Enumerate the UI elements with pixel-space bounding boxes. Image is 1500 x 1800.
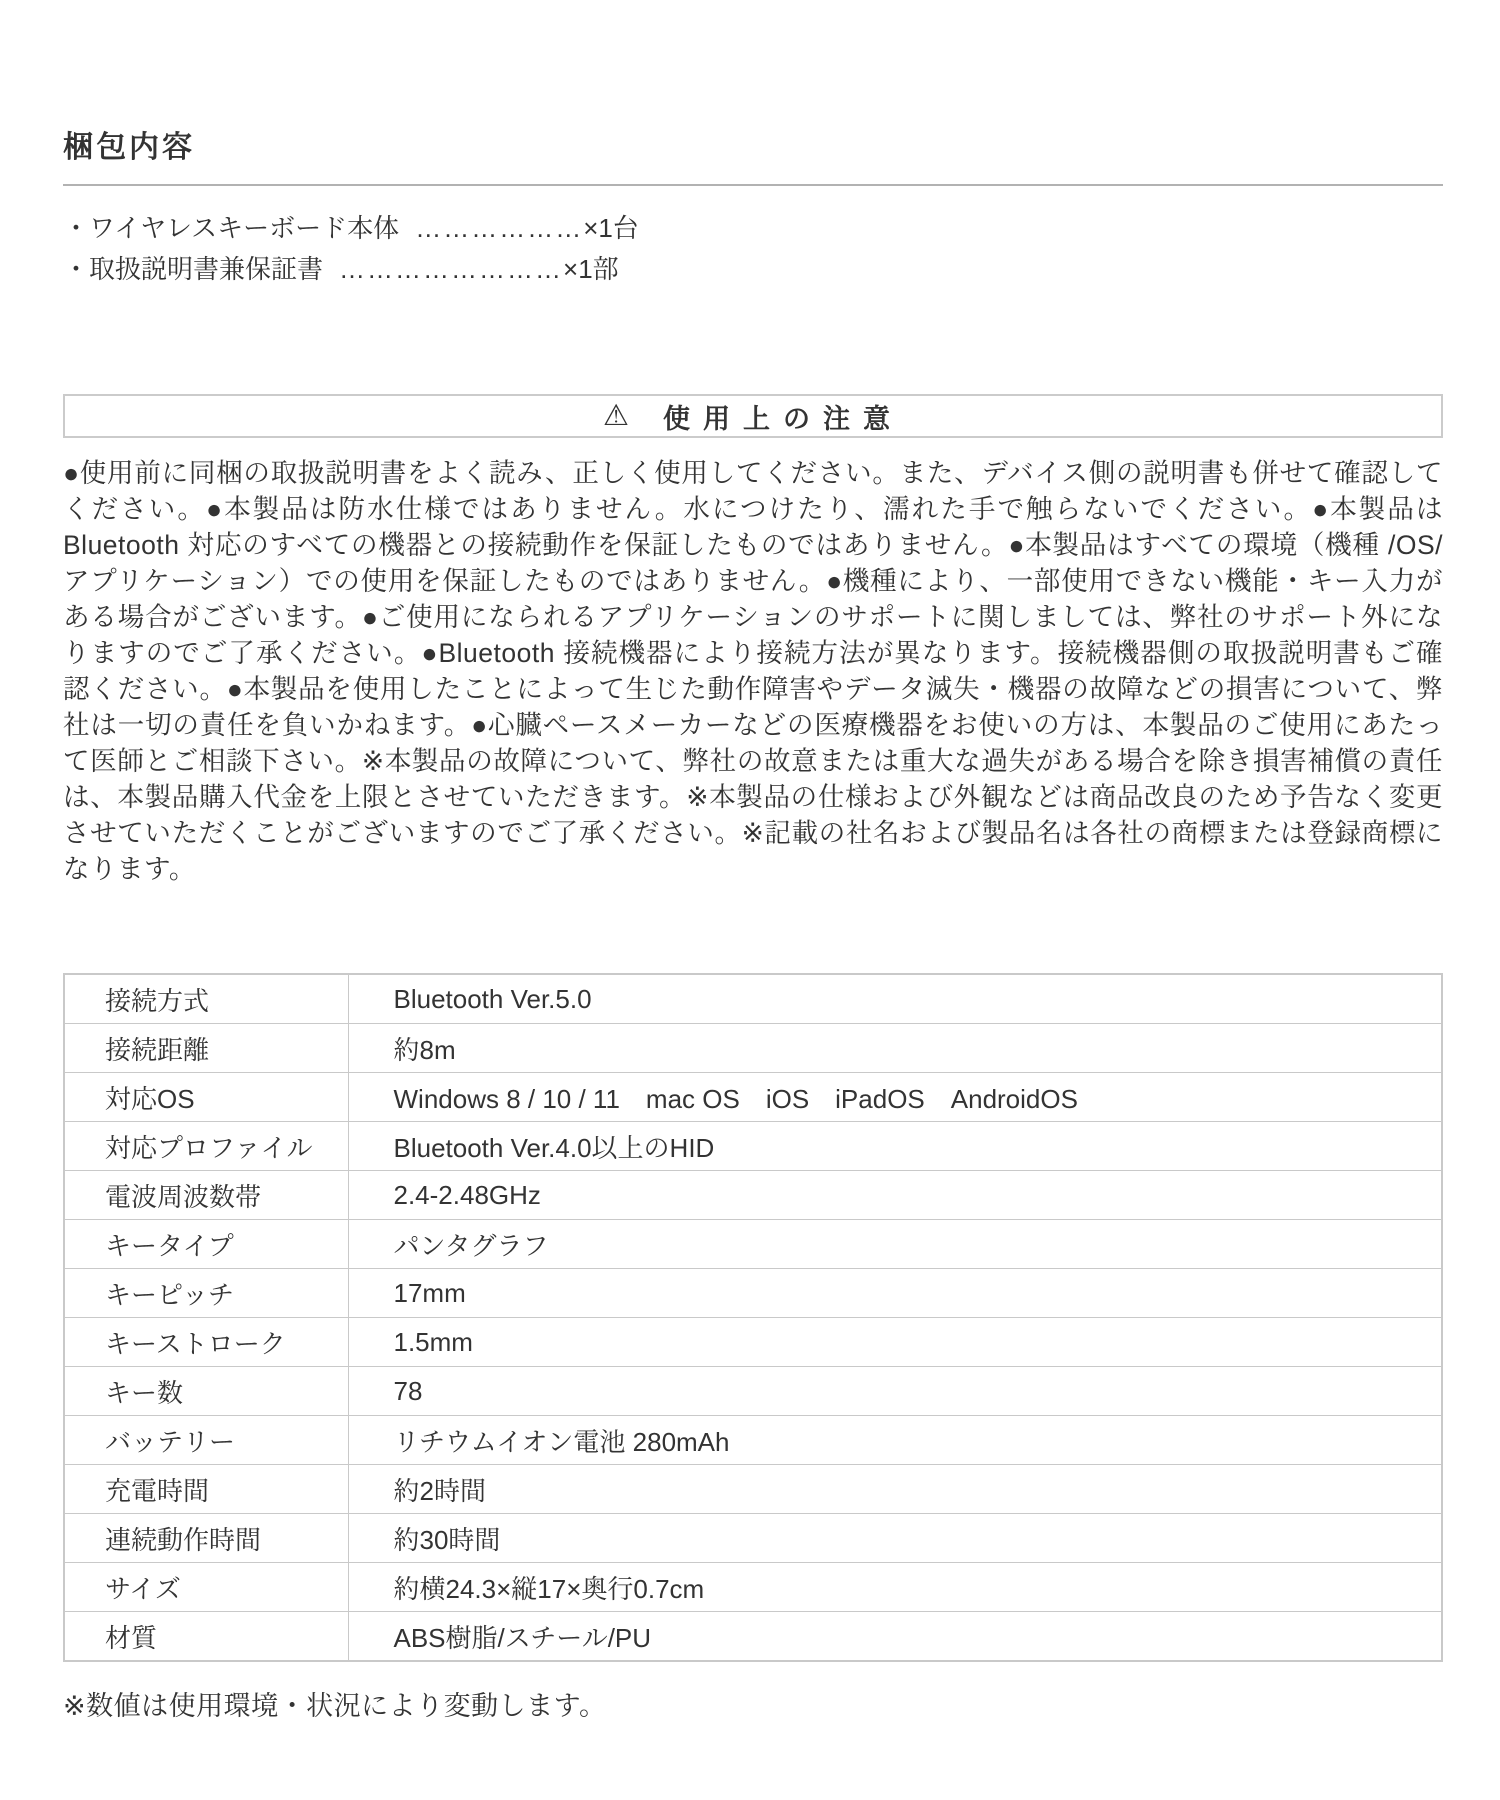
spec-footnote: ※数値は使用環境・状況により変動します。 [63, 1684, 1443, 1723]
spec-label: 接続距離 [64, 1024, 348, 1073]
table-row: 対応プロファイル Bluetooth Ver.4.0以上のHID [64, 1122, 1442, 1171]
spec-label: キーストローク [64, 1318, 348, 1367]
table-row: キー数 78 [64, 1367, 1442, 1416]
table-row: 材質 ABS樹脂/スチール/PU [64, 1612, 1442, 1662]
table-row: キーピッチ 17mm [64, 1269, 1442, 1318]
spec-value: 78 [348, 1367, 1442, 1416]
table-row: サイズ 約横24.3×縦17×奥行0.7cm [64, 1563, 1442, 1612]
spec-label: キータイプ [64, 1220, 348, 1269]
spec-label: バッテリー [64, 1416, 348, 1465]
spec-table: 接続方式 Bluetooth Ver.5.0 接続距離 約8m 対応OS Win… [63, 973, 1443, 1662]
table-row: 電波周波数帯 2.4-2.48GHz [64, 1171, 1442, 1220]
spec-label: 対応プロファイル [64, 1122, 348, 1171]
spec-value: Bluetooth Ver.4.0以上のHID [348, 1122, 1442, 1171]
table-row: キータイプ パンタグラフ [64, 1220, 1442, 1269]
table-row: 充電時間 約2時間 [64, 1465, 1442, 1514]
spec-label: キー数 [64, 1367, 348, 1416]
spec-value: 17mm [348, 1269, 1442, 1318]
spec-label: 連続動作時間 [64, 1514, 348, 1563]
caution-title: 使用上の注意 [663, 397, 903, 436]
item-label: ・ワイヤレスキーボード本体 [63, 208, 399, 249]
spec-value: 約30時間 [348, 1514, 1442, 1563]
spec-label: 電波周波数帯 [64, 1171, 348, 1220]
spec-label: 材質 [64, 1612, 348, 1662]
item-quantity: ×1部 [563, 249, 619, 290]
dot-leader: …………………… [339, 249, 563, 290]
spec-label: 対応OS [64, 1073, 348, 1122]
item-quantity: ×1台 [583, 208, 639, 249]
item-label: ・取扱説明書兼保証書 [63, 249, 323, 290]
warning-triangle-icon: ⚠ [603, 402, 629, 431]
caution-body-text: ●使用前に同梱の取扱説明書をよく読み、正しく使用してください。また、デバイス側の… [63, 455, 1443, 887]
spec-label: キーピッチ [64, 1269, 348, 1318]
spec-label: 接続方式 [64, 974, 348, 1024]
spec-value: Bluetooth Ver.5.0 [348, 974, 1442, 1024]
table-row: 接続方式 Bluetooth Ver.5.0 [64, 974, 1442, 1024]
spec-value: 約2時間 [348, 1465, 1442, 1514]
heading-divider [63, 184, 1443, 186]
spec-label: 充電時間 [64, 1465, 348, 1514]
table-row: 接続距離 約8m [64, 1024, 1442, 1073]
spec-value: リチウムイオン電池 280mAh [348, 1416, 1442, 1465]
spec-table-body: 接続方式 Bluetooth Ver.5.0 接続距離 約8m 対応OS Win… [64, 974, 1442, 1661]
spec-value: 約8m [348, 1024, 1442, 1073]
dot-leader: ……………… [415, 208, 583, 249]
list-item: ・ワイヤレスキーボード本体 ……………… ×1台 [63, 208, 1443, 249]
spec-value: パンタグラフ [348, 1220, 1442, 1269]
spec-value: 1.5mm [348, 1318, 1442, 1367]
product-spec-page: 梱包内容 ・ワイヤレスキーボード本体 ……………… ×1台 ・取扱説明書兼保証書… [0, 0, 1500, 1800]
spec-label: サイズ [64, 1563, 348, 1612]
table-row: 連続動作時間 約30時間 [64, 1514, 1442, 1563]
list-item: ・取扱説明書兼保証書 …………………… ×1部 [63, 249, 1443, 290]
table-row: バッテリー リチウムイオン電池 280mAh [64, 1416, 1442, 1465]
table-row: キーストローク 1.5mm [64, 1318, 1442, 1367]
spec-value: 約横24.3×縦17×奥行0.7cm [348, 1563, 1442, 1612]
spec-value: Windows 8 / 10 / 11 mac OS iOS iPadOS An… [348, 1073, 1442, 1122]
spec-value: ABS樹脂/スチール/PU [348, 1612, 1442, 1662]
packing-contents-list: ・ワイヤレスキーボード本体 ……………… ×1台 ・取扱説明書兼保証書 …………… [63, 208, 1443, 290]
table-row: 対応OS Windows 8 / 10 / 11 mac OS iOS iPad… [64, 1073, 1442, 1122]
spec-value: 2.4-2.48GHz [348, 1171, 1442, 1220]
packing-contents-heading: 梱包内容 [63, 0, 1443, 166]
caution-header-box: ⚠ 使用上の注意 [63, 394, 1443, 438]
